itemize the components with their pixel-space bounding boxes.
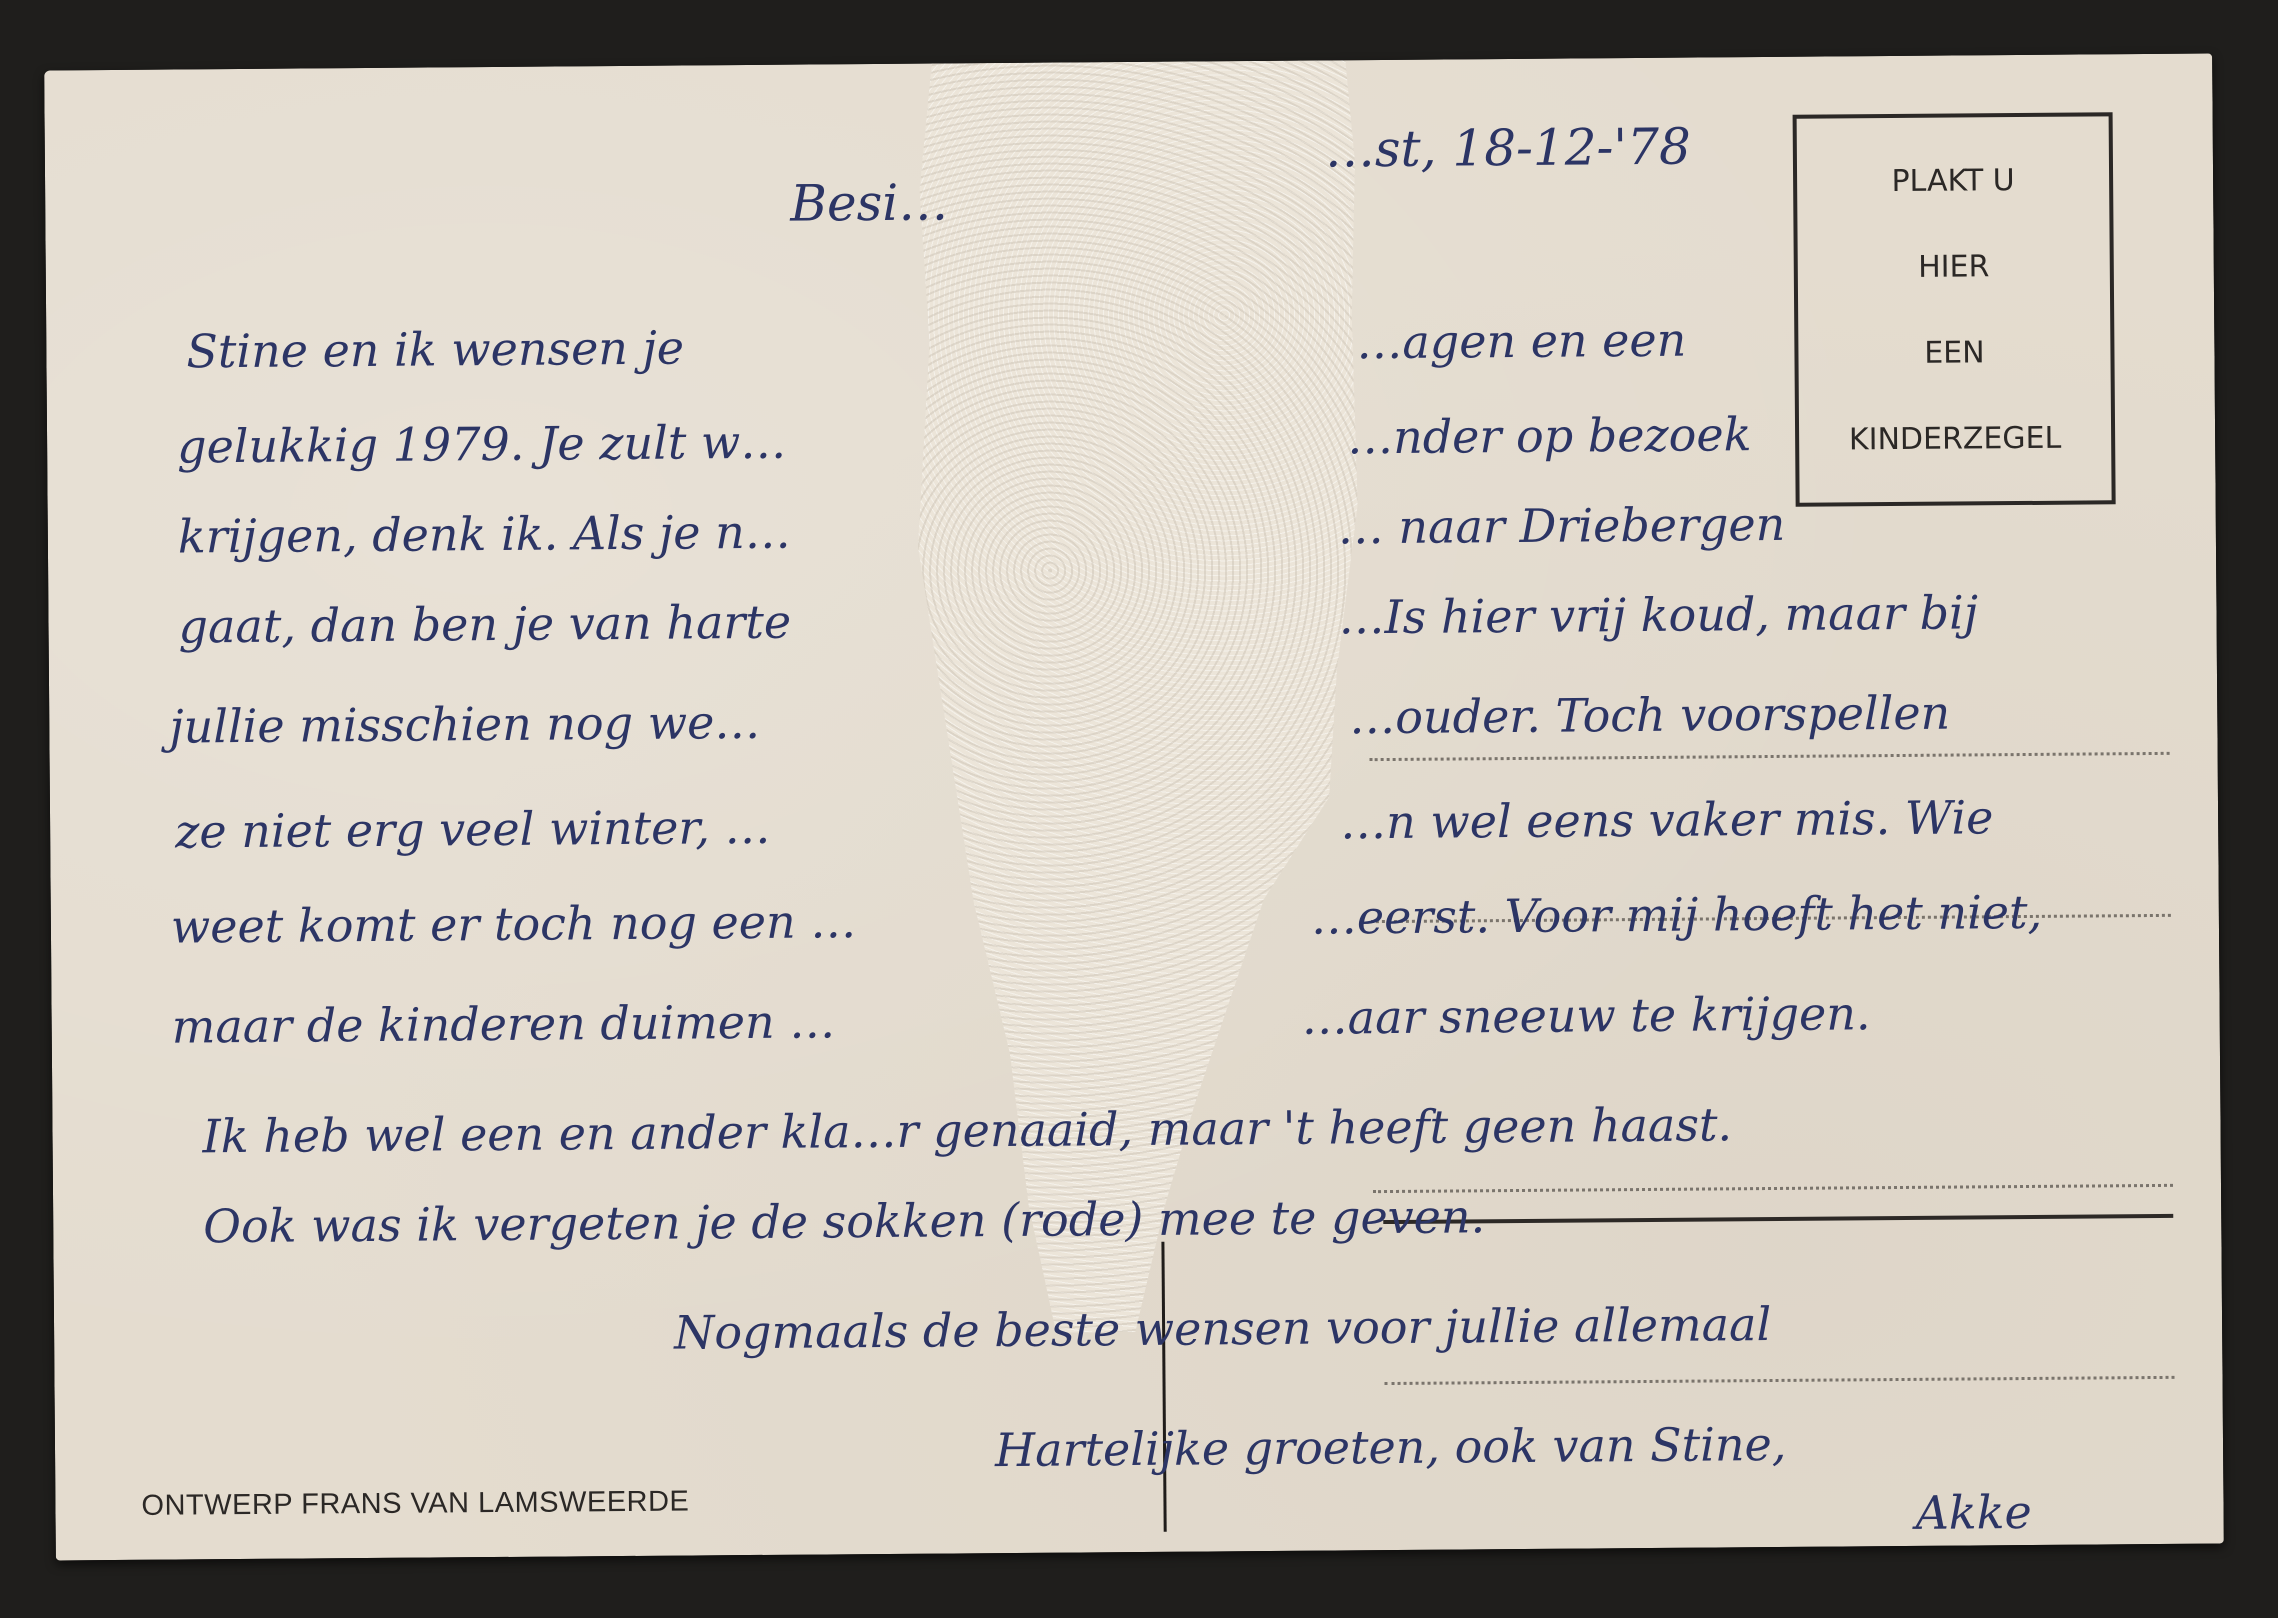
stamp-text-line: EEN — [1924, 335, 1985, 370]
designer-credit: ONTWERP FRANS VAN LAMSWEERDE — [141, 1486, 689, 1523]
address-line — [1373, 1184, 2173, 1193]
handwritten-line: maar de kinderen duimen … — [171, 994, 835, 1053]
handwritten-line: jullie misschien nog we… — [169, 695, 760, 754]
handwritten-line: …eerst. Voor mij hoeft het niet, — [1311, 885, 2043, 945]
handwritten-line: …aar sneeuw te krijgen. — [1301, 986, 1870, 1044]
stamp-text-line: HIER — [1918, 249, 1989, 285]
handwritten-signature: Akke — [1915, 1485, 2032, 1540]
handwritten-date: …st, 18-12-'78 — [1325, 118, 1691, 179]
handwritten-line: Nogmaals de beste wensen voor jullie all… — [674, 1297, 1771, 1360]
address-line — [1370, 752, 2170, 761]
postcard: PLAKT U HIER EEN KINDERZEGEL ONTWERP FRA… — [44, 54, 2224, 1561]
handwritten-line: krijgen, denk ik. Als je n… — [178, 505, 791, 564]
handwritten-line: …nder op bezoek — [1347, 407, 1752, 464]
handwritten-line: Stine en ik wensen je — [186, 321, 684, 379]
address-line — [1385, 1376, 2175, 1385]
stamp-text-line: PLAKT U — [1891, 163, 2014, 199]
handwritten-line: … naar Driebergen — [1338, 497, 1786, 555]
handwritten-line: weet komt er toch nog een … — [171, 894, 857, 953]
handwritten-line: …ouder. Toch voorspellen — [1349, 686, 1950, 745]
handwritten-line: Ik heb wel een en ander kla…r genaaid, m… — [202, 1097, 1732, 1163]
handwritten-line: gelukkig 1979. Je zult w… — [177, 415, 787, 474]
handwritten-line: …agen en een — [1356, 313, 1686, 370]
card-divider — [1161, 1242, 1166, 1532]
handwritten-greeting: Besi… — [790, 173, 948, 232]
handwritten-line: Ook was ik vergeten je de sokken (rode) … — [203, 1189, 1485, 1253]
stamp-box: PLAKT U HIER EEN KINDERZEGEL — [1793, 112, 2116, 507]
stamp-text-line: KINDERZEGEL — [1849, 420, 2062, 457]
address-line-solid — [1383, 1214, 2173, 1224]
handwritten-line: Hartelijke groeten, ook van Stine, — [995, 1417, 1787, 1477]
handwritten-line: gaat, dan ben je van harte — [178, 595, 791, 654]
handwritten-line: ze niet erg veel winter, … — [175, 800, 771, 859]
handwritten-line: …Is hier vrij koud, maar bij — [1338, 585, 1978, 644]
handwritten-line: …n wel eens vaker mis. Wie — [1340, 790, 1994, 849]
